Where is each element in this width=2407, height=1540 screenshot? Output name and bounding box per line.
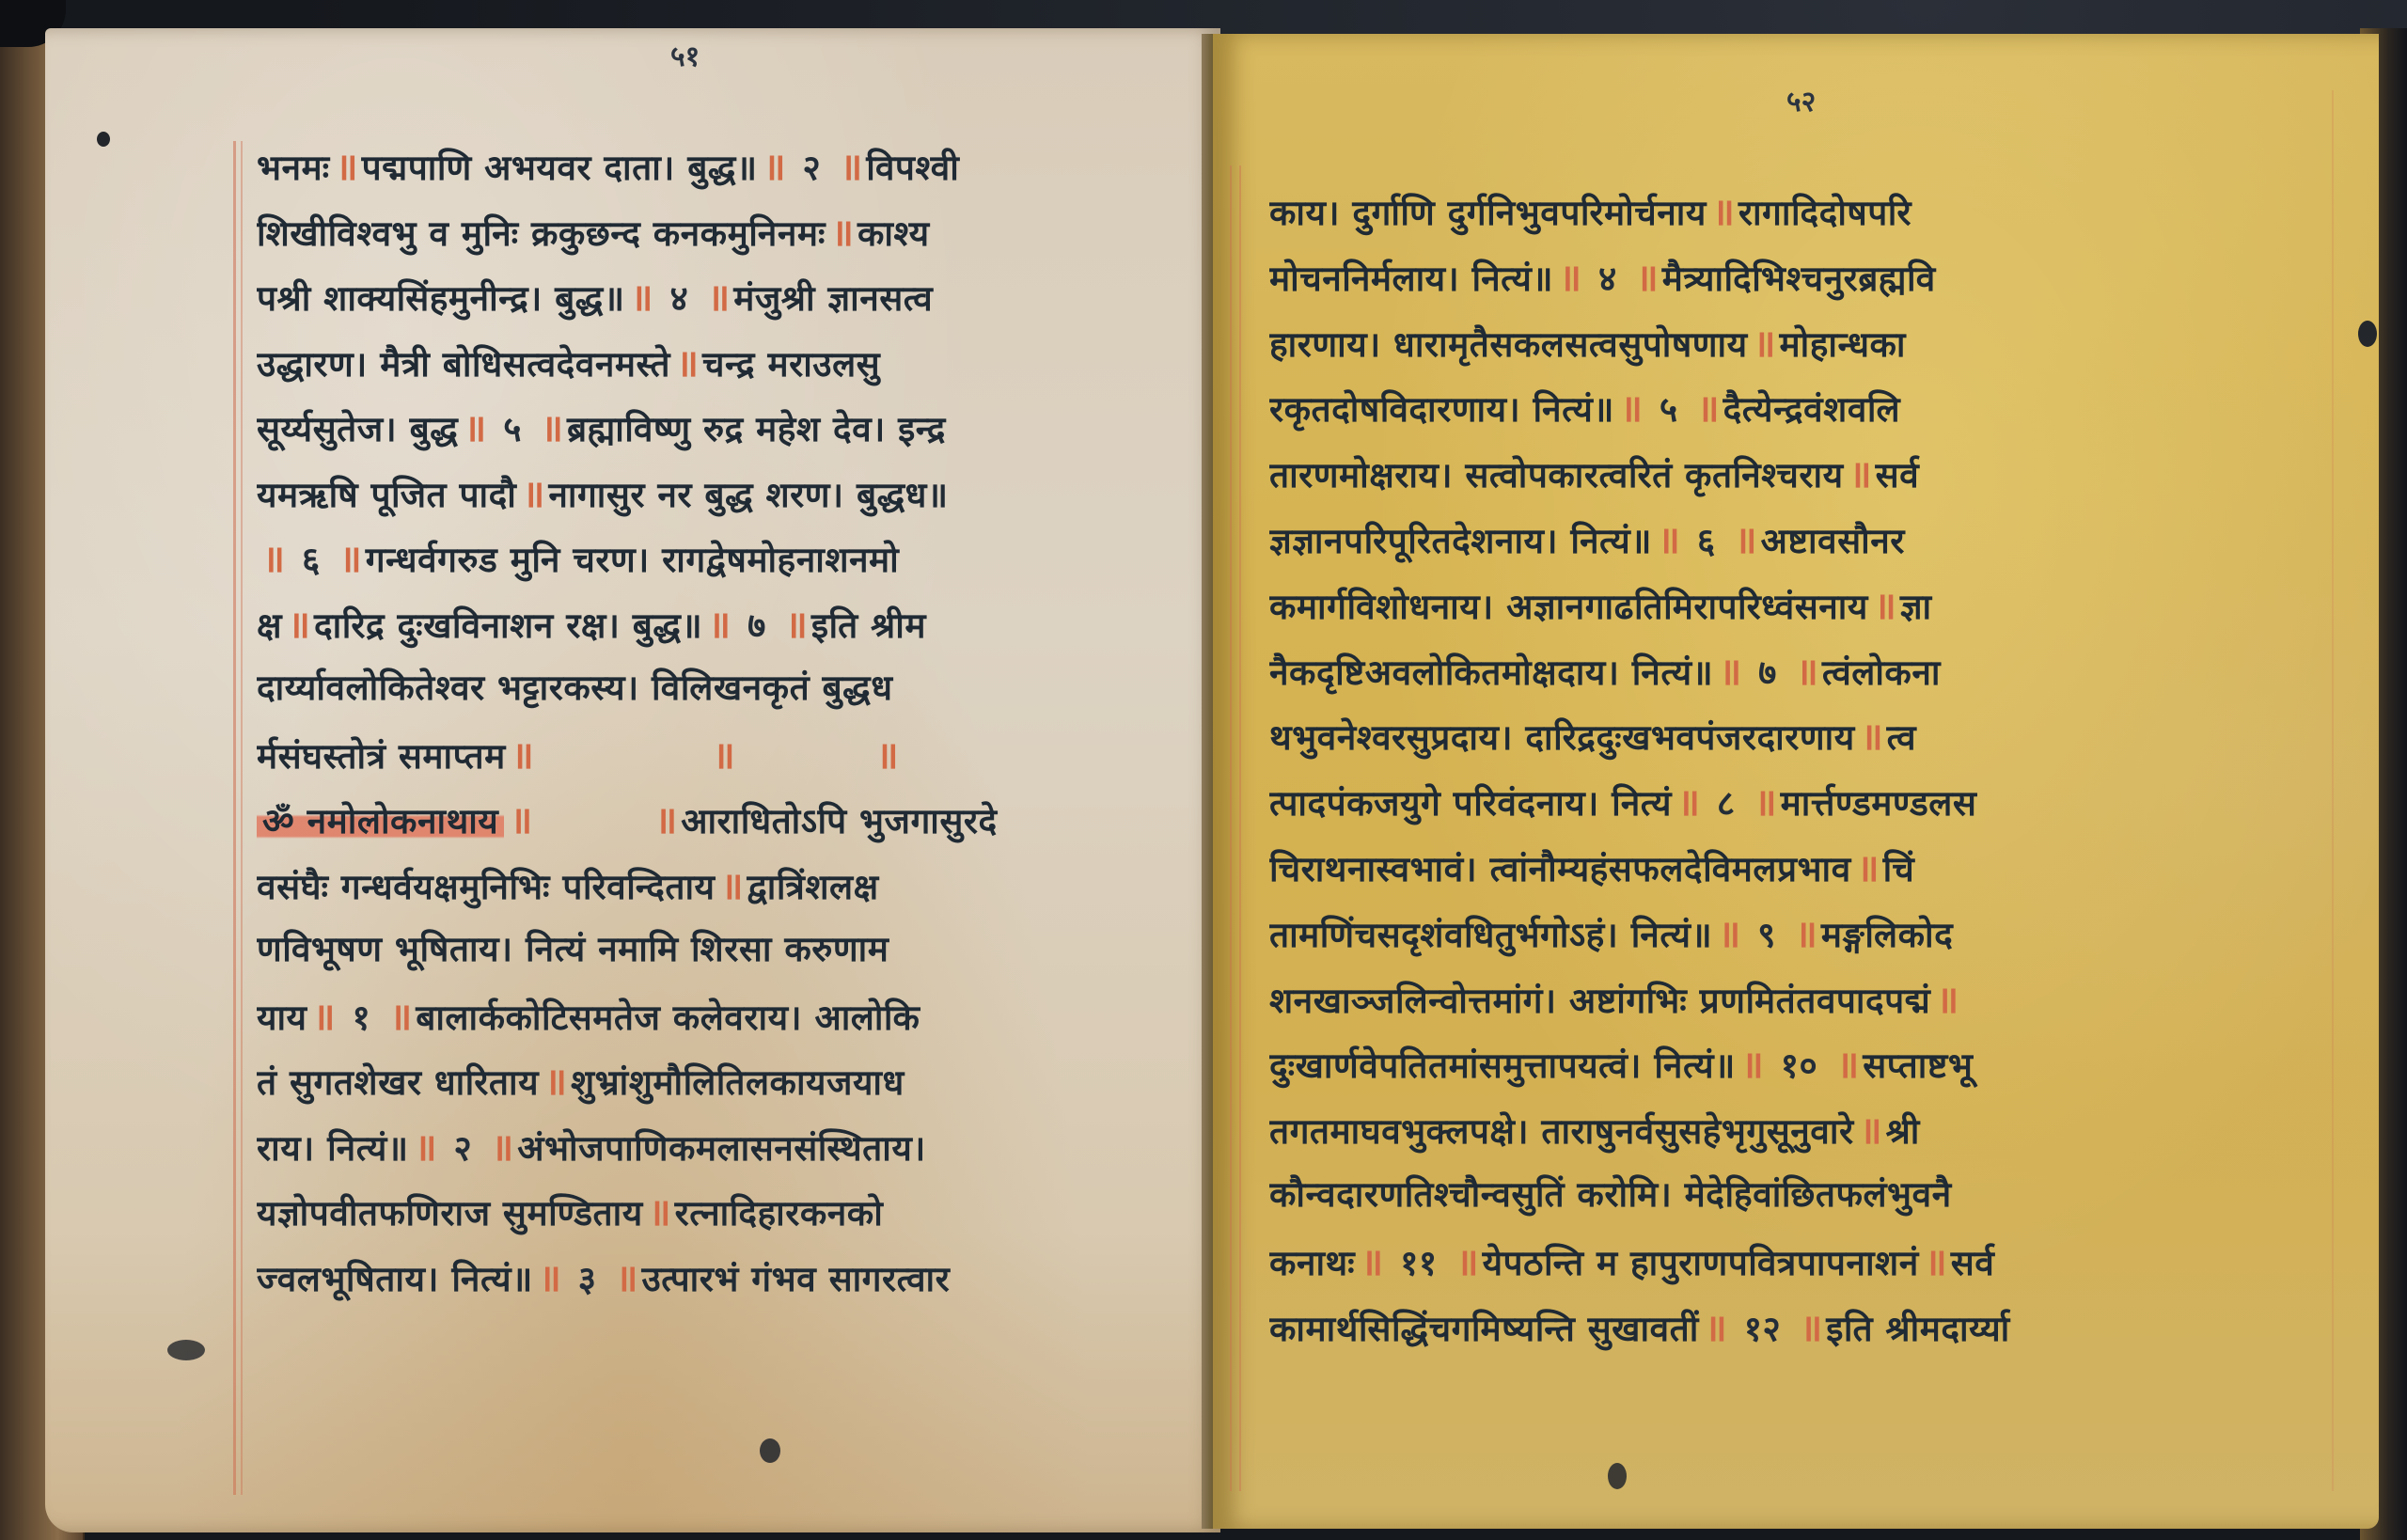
manuscript-line: ज्ञज्ञानपरिपूरितदेशनाय। नित्यं॥॥६॥अष्टाव… [1269, 512, 2318, 578]
manuscript-line: दुःखार्णवेपतितमांसमुत्तापयत्वं। नित्यं॥॥… [1269, 1037, 2318, 1103]
left-margin-rule [233, 141, 236, 1495]
ink-blot [760, 1438, 780, 1463]
text-segment: काय। दुर्गाणि दुर्गनिभुवपरिमोर्चनाय [1269, 187, 1707, 235]
text-segment: रत्नादिहारकनको [675, 1187, 884, 1235]
rubric-danda: ॥ [262, 531, 283, 583]
text-segment: चन्द्र मराउलसु [702, 338, 880, 386]
manuscript-line: तारणमोक्षराय। सत्वोपकारत्वरितं कृतनिश्चर… [1269, 447, 2318, 512]
ink-blot [1608, 1463, 1627, 1489]
text-segment: त्व [1887, 712, 1916, 760]
text-segment: द्वात्रिंशलक्ष [747, 861, 878, 909]
text-segment: तं सुगतशेखर धारिताय [257, 1057, 539, 1105]
ink-dot [97, 132, 110, 147]
text-segment: कनाथः [1269, 1237, 1355, 1285]
rubric-heading: ॐ नमोलोकनाथाय [257, 795, 504, 843]
verse-number: १२ [1744, 1303, 1781, 1351]
rubric-danda: ॥ [707, 270, 728, 322]
rubric-danda: ॥ [721, 858, 742, 910]
manuscript-line: शनखाञ्जलिन्वोत्तमांगं। अष्टांगभिः प्रणमि… [1269, 972, 2318, 1038]
text-segment: श्री [1886, 1106, 1920, 1154]
left-margin-rule-inner [241, 141, 243, 1495]
text-segment: चिं [1883, 843, 1915, 891]
rubric-danda: ॥ [1800, 1300, 1820, 1352]
rubric-danda: ॥ [840, 139, 860, 191]
rubric-danda: ॥ [1677, 775, 1698, 826]
rubric-danda: ॥ [1559, 250, 1580, 302]
manuscript-line: यज्ञोपवीतफणिराज सुमण्डिताय॥रत्नादिहारकनक… [257, 1185, 1206, 1250]
manuscript-line: पश्री शाक्यसिंहमुनीन्द्र। बुद्ध॥॥४॥मंजुश… [257, 270, 1206, 336]
text-segment: भनमः [257, 142, 330, 190]
text-segment: अष्टावसौनर [1761, 515, 1905, 563]
text-segment: बालार्ककोटिसमतेज कलेवराय। आलोकि [416, 992, 920, 1040]
rubric-danda: ॥ [1712, 184, 1733, 236]
text-segment: सप्ताष्टभू [1863, 1040, 1973, 1088]
text-segment: मङ्गलिकोद [1821, 909, 1953, 957]
text-segment: चिराथनास्वभावं। त्वांनौम्यहंसफलदेविमलप्र… [1269, 843, 1851, 891]
text-segment: नैकदृष्टिअवलोकितमोक्षदाय। नित्यं॥ [1269, 647, 1713, 695]
manuscript-line: कौन्वदारणतिश्चौन्वसुतिं करोमि। मेदेहिवां… [1269, 1169, 2318, 1234]
rubric-danda: ॥ [708, 597, 729, 649]
manuscript-line: ज्वलभूषिताय। नित्यं॥॥३॥उत्पारभं गंभव साग… [257, 1250, 1206, 1316]
rubric-danda: ॥ [336, 139, 356, 191]
manuscript-line: ॥६॥गन्धर्वगरुड मुनि चरण। रागद्वेषमोहनाशन… [257, 531, 1206, 597]
verse-number: ५ [503, 403, 522, 451]
text-segment: इति श्रीमदार्य्या [1826, 1303, 2010, 1351]
folio-number-right: ५२ [1786, 81, 1816, 119]
text-segment: ज्वलभूषिताय। नित्यं॥ [257, 1253, 533, 1301]
text-segment: कमार्गविशोधनाय। अज्ञानगाढतिमिरापरिध्वंसन… [1269, 581, 1868, 629]
text-segment: मार्त्तण्डमण्डलस [1781, 778, 1977, 825]
manuscript-line: रकृतदोषविदारणाय। नित्यं॥॥५॥दैत्येन्द्रवं… [1269, 381, 2318, 447]
text-segment: दुःखार्णवेपतितमांसमुत्तापयत्वं। नित्यं॥ [1269, 1040, 1736, 1088]
text-segment: तारणमोक्षराय। सत्वोपकारत्वरितं कृतनिश्चर… [1269, 449, 1844, 497]
rubric-danda: ॥ [415, 1120, 435, 1171]
text-segment: गन्धर्वगरुड मुनि चरण। रागद्वेषमोहनाशनमो [366, 534, 900, 582]
text-segment: हारणाय। धारामृतैसकलसत्वसुपोषणाय [1269, 319, 1748, 367]
rubric-danda: ॥ [313, 989, 334, 1041]
rubric-danda: ॥ [1860, 1103, 1880, 1155]
rubric-danda: ॥ [464, 401, 484, 452]
rubric-danda: ॥ [1925, 1234, 1945, 1286]
rubric-danda: ॥ [1636, 250, 1657, 302]
text-segment: कामार्थसिद्धिंचगमिष्यन्ति सुखावतीं [1269, 1303, 1699, 1351]
manuscript-line: तं सुगतशेखर धारिताय॥शुभ्रांशुमौलितिलकायज… [257, 1054, 1206, 1120]
rubric-danda: ॥ [1936, 972, 1957, 1024]
text-segment: ज्ञज्ञानपरिपूरितदेशनाय। नित्यं॥ [1269, 515, 1652, 563]
rubric-danda: ॥ [389, 989, 410, 1041]
text-segment: विपश्वी [866, 142, 959, 190]
rubric-danda: ॥ [654, 793, 675, 844]
text-segment: त्पादपंकजयुगे परिवंदनाय। नित्यं [1269, 778, 1672, 825]
rubric-danda: ॥ [544, 1054, 565, 1106]
rubric-danda: ॥ [1620, 381, 1641, 432]
verse-number: ५ [1660, 384, 1678, 432]
text-segment: राय। नित्यं॥ [257, 1123, 409, 1171]
text-segment: पद्मपाणि अभयवर दाता। बुद्ध॥ [362, 142, 758, 190]
rubric-danda: ॥ [288, 597, 308, 649]
manuscript-line: हारणाय। धारामृतैसकलसत्वसुपोषणाय॥मोहान्धक… [1269, 316, 2318, 382]
rubric-danda: ॥ [1796, 644, 1817, 696]
verse-number: २ [454, 1123, 473, 1171]
rubric-danda: ॥ [1735, 512, 1755, 564]
manuscript-line: कमार्गविशोधनाय। अज्ञानगाढतिमिरापरिध्वंसन… [1269, 578, 2318, 644]
manuscript-line: र्मसंघस्तोत्रं समाप्तम॥॥॥ [257, 728, 1206, 794]
text-segment: रागादिदोषपरि [1738, 187, 1911, 235]
manuscript-line: कामार्थसिद्धिंचगमिष्यन्ति सुखावतीं॥१२॥इत… [1269, 1300, 2318, 1366]
rubric-danda: ॥ [876, 728, 897, 779]
text-segment: तामणिंचसदृशंवधितुर्भगोऽहं। नित्यं॥ [1269, 909, 1712, 957]
text-segment: शिखीविश्वभु व मुनिः क्रकुछन्द कनकमुनिनमः [257, 208, 826, 256]
verse-number: ७ [1758, 647, 1777, 695]
text-segment: अंभोजपाणिकमलासनसंस्थिताय। [517, 1123, 926, 1171]
right-margin-rule [1230, 165, 1232, 1491]
rubric-danda: ॥ [631, 270, 652, 322]
rubric-danda: ॥ [649, 1185, 669, 1236]
text-segment: वसंघैः गन्धर्वयक्षमुनिभिः परिवन्दिताय [257, 861, 716, 909]
rubric-danda: ॥ [1857, 841, 1878, 892]
manuscript-line: मोचननिर्मलाय। नित्यं॥॥४॥मैत्र्यादिभिश्चन… [1269, 250, 2318, 316]
text-segment: मोचननिर्मलाय। नित्यं॥ [1269, 253, 1553, 301]
rubric-danda: ॥ [510, 793, 530, 844]
text-segment: दार्य्यावलोकितेश्वर भट्टारकस्य। विलिखनकृ… [257, 662, 893, 710]
right-outer-margin-rule [2332, 90, 2334, 1491]
manuscript-line: थभुवनेश्वरसुप्रदाय। दारिद्रदुःखभवपंजरदार… [1269, 709, 2318, 775]
text-segment: दैत्येन्द्रवंशवलि [1723, 384, 1900, 432]
manuscript-line: उद्धारण। मैत्री बोधिसत्वदेवनमस्ते॥चन्द्र… [257, 336, 1206, 401]
text-segment: ब्रह्माविष्णु रुद्र महेश देव। इन्द्र [567, 403, 946, 451]
right-page-text: काय। दुर्गाणि दुर्गनिभुवपरिमोर्चनाय॥रागा… [1269, 184, 2318, 1365]
left-page-text: भनमः॥पद्मपाणि अभयवर दाता। बुद्ध॥॥२॥विपश्… [257, 139, 1206, 1315]
text-segment: तगतमाघवभुक्लपक्षे। ताराषुनर्वसुसहेभृगुसू… [1269, 1106, 1854, 1154]
rubric-danda: ॥ [491, 1120, 511, 1171]
text-segment: आराधितोऽपि भुजगासुरदे [681, 795, 997, 843]
rubric-danda: ॥ [1836, 1037, 1857, 1089]
manuscript-line: यमऋषि पूजित पादौ॥नागासुर नर बुद्ध शरण। ब… [257, 466, 1206, 532]
verse-number: ९ [1757, 909, 1776, 957]
manuscript-line: ॐ नमोलोकनाथाय॥॥आराधितोऽपि भुजगासुरदे [257, 793, 1206, 858]
text-segment: थभुवनेश्वरसुप्रदाय। दारिद्रदुःखभवपंजरदार… [1269, 712, 1855, 760]
text-segment: त्वंलोकना [1822, 647, 1941, 695]
manuscript-line: णविभूषण भूषिताय। नित्यं नमामि शिरसा करुण… [257, 923, 1206, 989]
text-segment: याय [257, 992, 307, 1040]
text-segment: मंजुश्री ज्ञानसत्व [733, 273, 933, 321]
manuscript-line: नैकदृष्टिअवलोकितमोक्षदाय। नित्यं॥॥७॥त्वं… [1269, 644, 2318, 710]
manuscript-line: क्ष॥दारिद्र दुःखविनाशन रक्ष। बुद्ध॥॥७॥इत… [257, 597, 1206, 663]
left-page: ५१ भनमः॥पद्मपाणि अभयवर दाता। बुद्ध॥॥२॥वि… [45, 28, 1220, 1532]
manuscript-line: शिखीविश्वभु व मुनिः क्रकुछन्द कनकमुनिनमः… [257, 205, 1206, 271]
text-segment: यमऋषि पूजित पादौ [257, 469, 516, 517]
text-segment: येपठन्ति म हापुराणपवित्रपापनाशनं [1483, 1237, 1919, 1285]
manuscript-line: राय। नित्यं॥॥२॥अंभोजपाणिकमलासनसंस्थिताय। [257, 1120, 1206, 1186]
text-segment: शनखाञ्जलिन्वोत्तमांगं। अष्टांगभिः प्रणमि… [1269, 975, 1930, 1023]
verse-number: २ [803, 142, 822, 190]
manuscript-line: भनमः॥पद्मपाणि अभयवर दाता। बुद्ध॥॥२॥विपश्… [257, 139, 1206, 205]
rubric-danda: ॥ [1754, 316, 1774, 368]
manuscript-line: याय॥१॥बालार्ककोटिसमतेज कलेवराय। आलोकि [257, 989, 1206, 1055]
text-segment: उत्पारभं गंभव सागरत्वार [642, 1253, 951, 1301]
verse-number: १० [1781, 1040, 1817, 1088]
right-margin-rule-inner [1239, 165, 1241, 1491]
text-segment: इति श्रीम [811, 600, 926, 648]
text-segment: पश्री शाक्यसिंहमुनीन्द्र। बुद्ध॥ [257, 273, 625, 321]
text-segment: णविभूषण भूषिताय। नित्यं नमामि शिरसा करुण… [257, 923, 889, 971]
verse-number: ६ [302, 534, 321, 582]
text-segment: सर्व [1876, 449, 1920, 497]
rubric-danda: ॥ [1741, 1037, 1762, 1089]
manuscript-line: त्पादपंकजयुगे परिवंदनाय। नित्यं॥८॥मार्त्… [1269, 775, 2318, 841]
text-segment: कौन्वदारणतिश्चौन्वसुतिं करोमि। मेदेहिवां… [1269, 1169, 1952, 1217]
verse-number: ४ [669, 273, 688, 321]
rubric-danda: ॥ [1361, 1234, 1381, 1286]
manuscript-line: दार्य्यावलोकितेश्वर भट्टारकस्य। विलिखनकृ… [257, 662, 1206, 728]
verse-number: ४ [1598, 253, 1617, 301]
text-segment: उद्धारण। मैत्री बोधिसत्वदेवनमस्ते [257, 338, 670, 386]
verse-number: १ [352, 992, 370, 1040]
folio-number-left: ५१ [670, 36, 700, 74]
rubric-danda: ॥ [522, 466, 543, 518]
verse-number: ३ [578, 1253, 597, 1301]
text-segment: यज्ञोपवीतफणिराज सुमण्डिताय [257, 1187, 643, 1235]
text-segment: दारिद्र दुःखविनाशन रक्ष। बुद्ध॥ [314, 600, 702, 648]
rubric-danda: ॥ [1456, 1234, 1477, 1286]
verse-number: ८ [1717, 778, 1736, 825]
rubric-danda: ॥ [1658, 512, 1678, 564]
rubric-danda: ॥ [539, 1250, 559, 1302]
text-segment: काश्य [857, 208, 930, 256]
verse-number: ११ [1400, 1237, 1437, 1285]
rubric-danda: ॥ [1754, 775, 1775, 826]
rubric-danda: ॥ [1719, 644, 1739, 696]
rubric-danda: ॥ [1849, 447, 1870, 498]
text-segment: रकृतदोषविदारणाय। नित्यं॥ [1269, 384, 1614, 432]
ink-blot [167, 1340, 205, 1360]
right-page: ५२ काय। दुर्गाणि दुर्गनिभुवपरिमोर्चनाय॥र… [1213, 34, 2379, 1529]
rubric-danda: ॥ [1718, 906, 1738, 958]
ink-dot [2358, 321, 2377, 347]
rubric-danda: ॥ [1705, 1300, 1725, 1352]
rubric-danda: ॥ [1697, 381, 1718, 432]
rubric-danda: ॥ [511, 728, 532, 779]
rubric-danda: ॥ [1795, 906, 1816, 958]
rubric-danda: ॥ [831, 205, 852, 257]
text-segment: मैत्र्यादिभिश्चनुरब्रह्मवि [1662, 253, 1936, 301]
manuscript-line: सूर्य्यसुतेज। बुद्ध॥५॥ब्रह्माविष्णु रुद्… [257, 401, 1206, 466]
manuscript-line: कनाथः॥११॥येपठन्ति म हापुराणपवित्रपापनाशन… [1269, 1234, 2318, 1300]
verse-number: ७ [747, 600, 766, 648]
verse-number: ६ [1697, 515, 1716, 563]
manuscript-line: काय। दुर्गाणि दुर्गनिभुवपरिमोर्चनाय॥रागा… [1269, 184, 2318, 250]
manuscript-line: तामणिंचसदृशंवधितुर्भगोऽहं। नित्यं॥॥९॥मङ्… [1269, 906, 2318, 972]
rubric-danda: ॥ [1874, 578, 1895, 630]
rubric-danda: ॥ [763, 139, 784, 191]
manuscript-line: चिराथनास्वभावं। त्वांनौम्यहंसफलदेविमलप्र… [1269, 841, 2318, 906]
rubric-danda: ॥ [616, 1250, 637, 1302]
text-segment: नागासुर नर बुद्ध शरण। बुद्धध॥ [548, 469, 948, 517]
text-segment: सर्व [1951, 1237, 1995, 1285]
rubric-danda: ॥ [713, 728, 733, 779]
rubric-danda: ॥ [1861, 709, 1881, 761]
manuscript-line: वसंघैः गन्धर्वयक्षमुनिभिः परिवन्दिताय॥द्… [257, 858, 1206, 924]
rubric-danda: ॥ [541, 401, 561, 452]
rubric-danda: ॥ [785, 597, 806, 649]
text-segment: सूर्य्यसुतेज। बुद्ध [257, 403, 458, 451]
text-segment: शुभ्रांशुमौलितिलकायजयाध [571, 1057, 905, 1105]
text-segment: मोहान्धका [1780, 319, 1906, 367]
manuscript-line: तगतमाघवभुक्लपक्षे। ताराषुनर्वसुसहेभृगुसू… [1269, 1103, 2318, 1169]
text-segment: ज्ञा [1900, 581, 1932, 629]
rubric-danda: ॥ [676, 336, 697, 387]
rubric-danda: ॥ [339, 531, 360, 583]
text-segment: क्ष [257, 600, 282, 648]
text-segment: र्मसंघस्तोत्रं समाप्तम [257, 731, 506, 778]
